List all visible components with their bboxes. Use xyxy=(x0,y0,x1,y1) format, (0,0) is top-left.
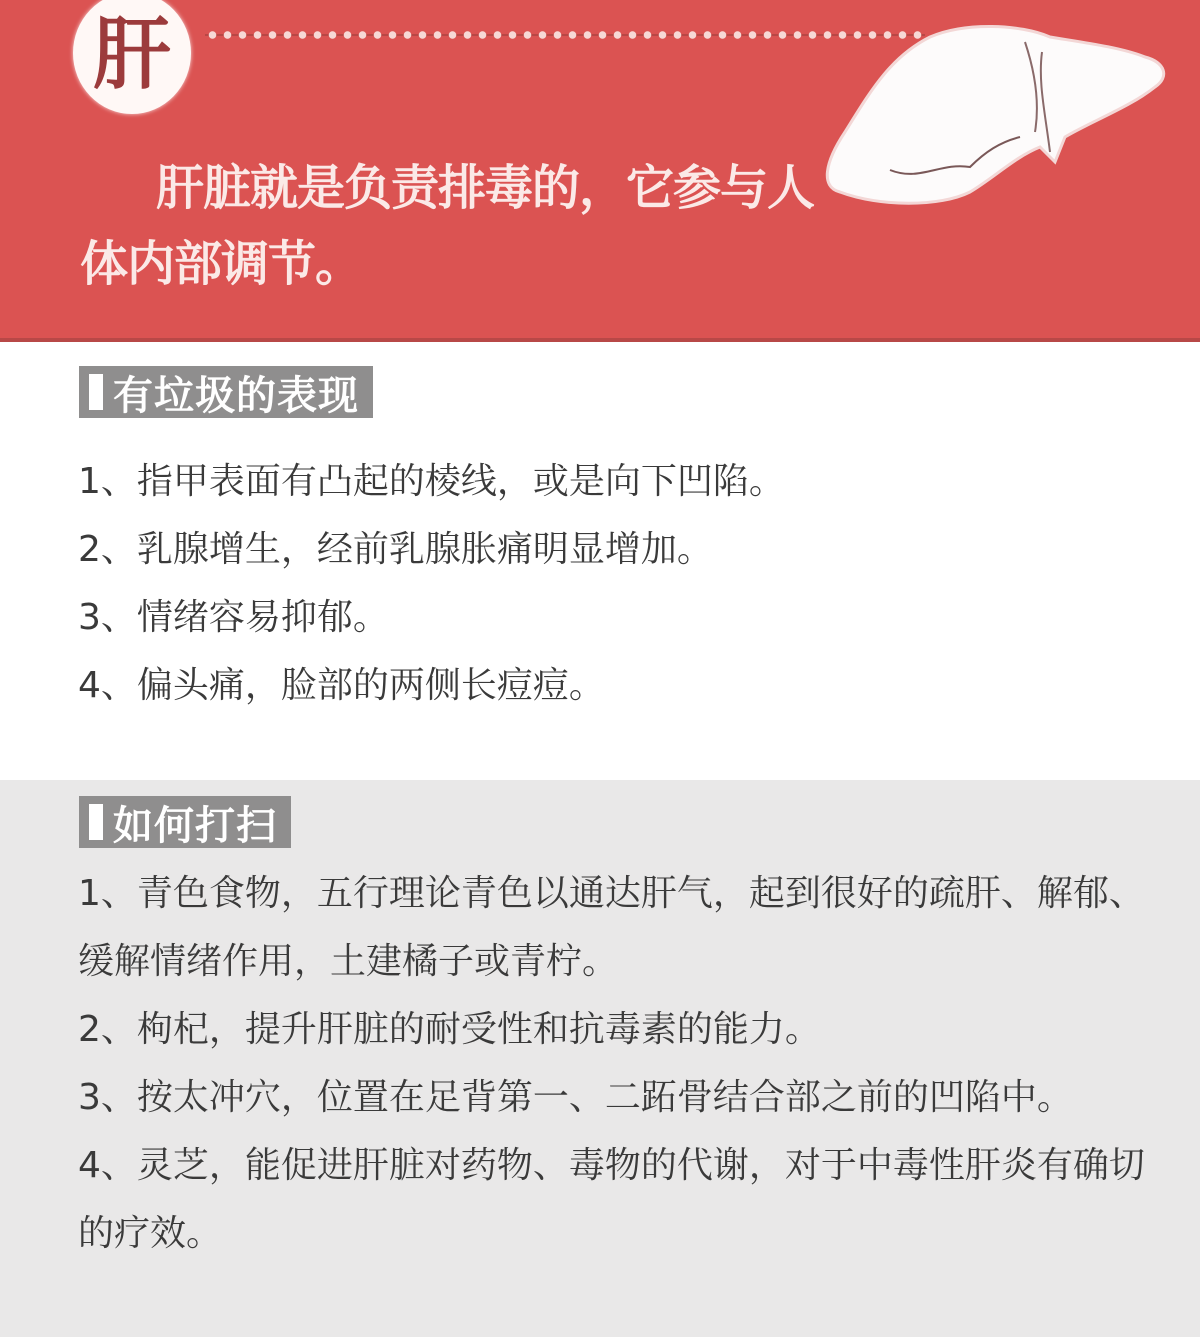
list-item: 4、偏头痛，脸部的两侧长痘痘。 xyxy=(78,652,785,720)
liver-header-banner: 肝 肝脏就是负责排毒的，它参与人体内部调节。 xyxy=(0,0,1200,342)
symptoms-section: 有垃圾的表现 1、指甲表面有凸起的棱线，或是向下凹陷。 2、乳腺增生，经前乳腺胀… xyxy=(0,346,1200,780)
symptoms-section-title: 有垃圾的表现 xyxy=(79,366,373,418)
symptoms-list: 1、指甲表面有凸起的棱线，或是向下凹陷。 2、乳腺增生，经前乳腺胀痛明显增加。 … xyxy=(78,448,785,720)
title-bar-icon xyxy=(89,374,103,410)
symptoms-title-text: 有垃圾的表现 xyxy=(113,364,359,421)
cleaning-section: 如何打扫 1、青色食物，五行理论青色以通达肝气，起到很好的疏肝、解郁、缓解情绪作… xyxy=(0,780,1200,1337)
list-item: 2、乳腺增生，经前乳腺胀痛明显增加。 xyxy=(78,516,785,584)
list-item: 3、按太冲穴，位置在足背第一、二跖骨结合部之前的凹陷中。 xyxy=(78,1064,1158,1132)
organ-badge: 肝 xyxy=(73,0,191,114)
list-item: 4、灵芝，能促进肝脏对药物、毒物的代谢，对于中毒性肝炎有确切的疗效。 xyxy=(78,1132,1158,1268)
cleaning-title-text: 如何打扫 xyxy=(113,794,277,851)
title-bar-icon xyxy=(89,804,103,840)
list-item: 3、情绪容易抑郁。 xyxy=(78,584,785,652)
intro-text: 肝脏就是负责排毒的，它参与人体内部调节。 xyxy=(80,150,840,302)
cleaning-section-title: 如何打扫 xyxy=(79,796,291,848)
cleaning-list: 1、青色食物，五行理论青色以通达肝气，起到很好的疏肝、解郁、缓解情绪作用，土建橘… xyxy=(78,860,1158,1268)
liver-icon xyxy=(800,12,1180,212)
organ-badge-char: 肝 xyxy=(93,16,171,94)
list-item: 1、指甲表面有凸起的棱线，或是向下凹陷。 xyxy=(78,448,785,516)
list-item: 2、枸杞，提升肝脏的耐受性和抗毒素的能力。 xyxy=(78,996,1158,1064)
list-item: 1、青色食物，五行理论青色以通达肝气，起到很好的疏肝、解郁、缓解情绪作用，土建橘… xyxy=(78,860,1158,996)
